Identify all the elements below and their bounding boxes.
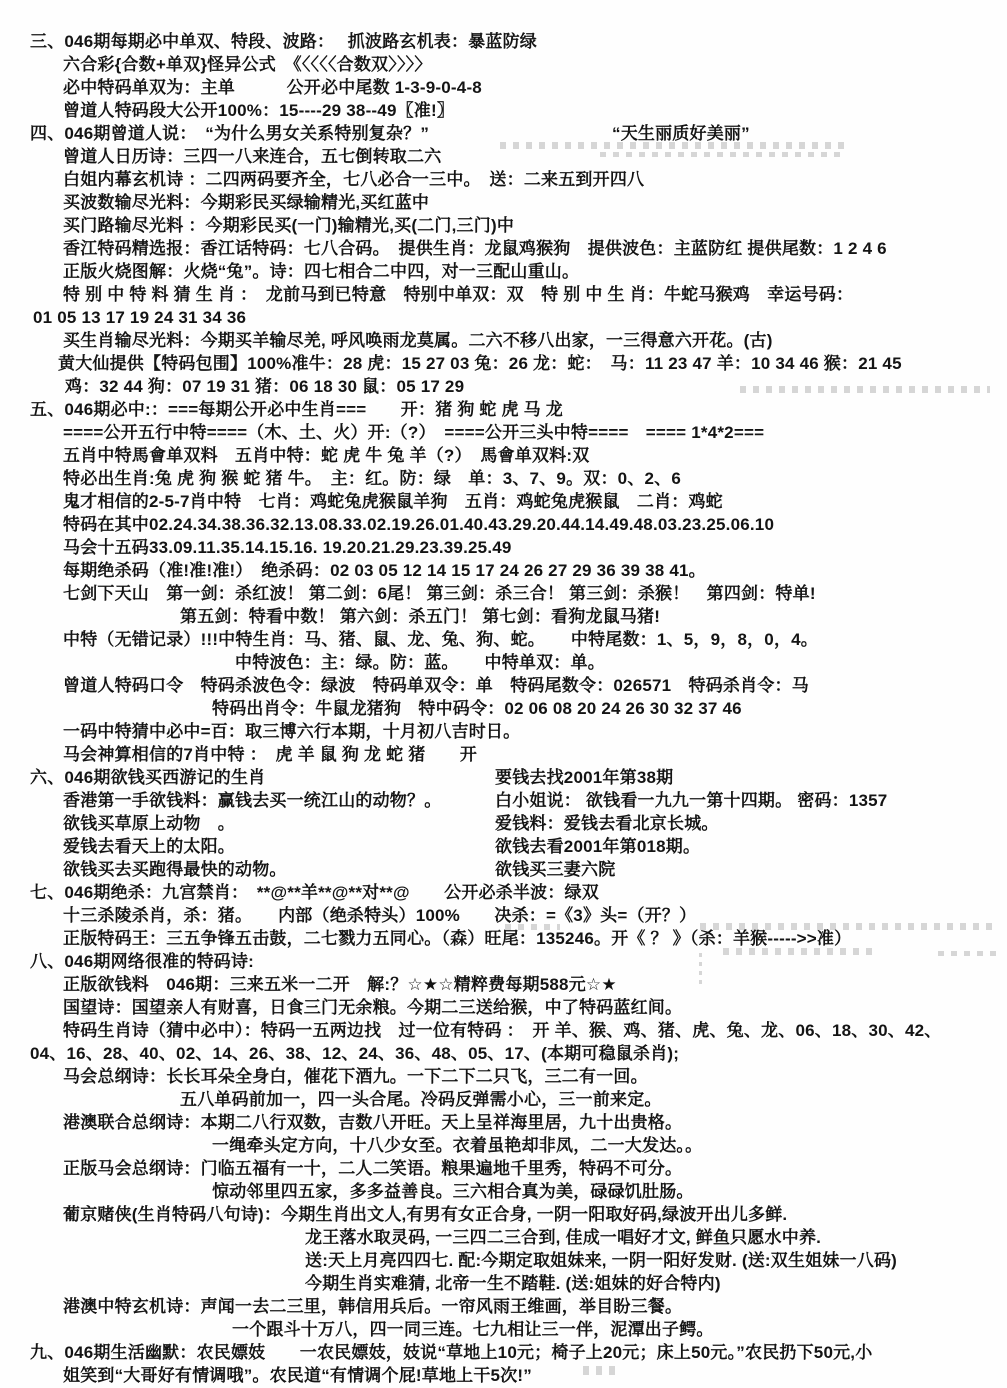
- document-text-body: 三、046期每期必中单双、特段、波路： 抓波路玄机表：暴蓝防绿六合彩{合数+单双…: [0, 30, 1007, 1387]
- text-line: 送:天上月亮四四七. 配:今期定取姐妹来, 一阴一阳好发财. (送:双生姐妹一八…: [0, 1249, 1007, 1272]
- text-line-left: 六合彩{合数+单双}怪异公式 《〈〈〈〈合数双〉〉〉〉: [63, 55, 432, 74]
- text-line: 特码出肖令：牛鼠龙猪狗 特中码令：02 06 08 20 24 26 30 32…: [0, 697, 1007, 720]
- text-line: ====公开五行中特====（木、土、火）开:（?） ====公开三头中特===…: [0, 421, 1007, 444]
- text-line-left: 鬼才相信的2-5-7肖中特 七肖：鸡蛇兔虎猴鼠羊狗 五肖：鸡蛇兔虎猴鼠 二肖：鸡…: [63, 492, 723, 511]
- text-line-left: 买生肖输尽光料：今期买羊输尽羌, 呼风唤雨龙莫属。二六不移八出家，一三得意六开花…: [63, 331, 773, 350]
- section-9: 九、046期生活幽默：农民嫖妓 一农民嫖妓，妓说“草地上10元；椅子上20元；床…: [0, 1341, 1007, 1387]
- text-line-left: 马会神算相信的7肖中特 ： 虎 羊 鼠 狗 龙 蛇 猪 开: [63, 745, 477, 764]
- text-line: 国望诗：国望亲人有财喜，日食三门无余粮。今期二三送给猴，中了特码蓝红间。: [0, 996, 1007, 1019]
- text-line-left: 马会总纲诗：长长耳朵全身白，催花下酒九。一下二下二只飞，三二有一回。: [63, 1067, 648, 1086]
- text-line: 曾道人特码口令 特码杀波色令：绿波 特码单双令：单 特码尾数令：026571 特…: [0, 674, 1007, 697]
- text-line: 必中特码单双为：主单 公开必中尾数 1-3-9-0-4-8: [0, 76, 1007, 99]
- smudge-artifact: [740, 386, 990, 393]
- text-line: 五、046期必中:：===每期公开必中生肖=== 开：猪 狗 蛇 虎 马 龙: [0, 398, 1007, 421]
- text-line: 04、16、28、40、02、14、26、38、12、24、36、48、05、1…: [0, 1042, 1007, 1065]
- text-line: 曾道人特码段大公开100%：15----29 38--49〖准!〗: [0, 99, 1007, 122]
- text-line: 买门路输尽光料 ：今期彩民买(一门)输精光,买(二门,三门)中: [0, 214, 1007, 237]
- text-line: 白姐内幕玄机诗 ：二四两码要齐全，七八必合一三中。 送：二来五到开四八: [0, 168, 1007, 191]
- smudge-artifact: [699, 953, 702, 987]
- text-line-left: 买门路输尽光料 ：今期彩民买(一门)输精光,买(二门,三门)中: [63, 216, 514, 235]
- section-3: 三、046期每期必中单双、特段、波路： 抓波路玄机表：暴蓝防绿六合彩{合数+单双…: [0, 30, 1007, 122]
- text-line: 每期绝杀码（准!准!准!） 绝杀码：02 03 05 12 14 15 17 2…: [0, 559, 1007, 582]
- text-line: 一个跟斗十万八，四一同三连。七九相让三一伴，泥潭出子鳄。: [0, 1318, 1007, 1341]
- text-line-left: 送:天上月亮四四七. 配:今期定取姐妹来, 一阴一阳好发财. (送:双生姐妹一八…: [305, 1251, 897, 1270]
- text-line-left: 一绳牵头定方向，十八少女至。衣着虽艳却非凤，二一大发达。。: [212, 1136, 702, 1155]
- text-line-left: 爱钱去看天上的太阳。: [63, 837, 235, 856]
- text-line: 鬼才相信的2-5-7肖中特 七肖：鸡蛇兔虎猴鼠羊狗 五肖：鸡蛇兔虎猴鼠 二肖：鸡…: [0, 490, 1007, 513]
- text-line: 特 别 中 特 料 猜 生 肖 ： 龙前马到已特意 特别中单双：双 特 别 中 …: [0, 283, 1007, 306]
- text-line-left: 特码在其中02.24.34.38.36.32.13.08.33.02.19.26…: [63, 515, 774, 534]
- smudge-artifact: [583, 1366, 621, 1375]
- text-line-left: 01 05 13 17 19 24 31 34 36: [33, 308, 246, 327]
- text-line-left: 特码生肖诗（猜中必中）：特码一五两边找 过一位有特码 ： 开 羊、猴、鸡、猪、虎…: [63, 1021, 941, 1040]
- text-line-left: 香港第一手欲钱料：赢钱去买一统江山的动物？。: [63, 791, 441, 810]
- text-line-left: 四、046期曾道人说： “为什么男女关系特别复杂？”: [30, 124, 429, 143]
- text-line: 正版火烧图解：火烧“兔”。诗：四七相合二中四，对一三配山重山。: [0, 260, 1007, 283]
- smudge-artifact: [600, 152, 840, 157]
- section-8: 八、046期网络很准的特码诗:正版欲钱料 046期：三来五米一二开 解:？☆★☆…: [0, 950, 1007, 1341]
- text-line-left: 三、046期每期必中单双、特段、波路： 抓波路玄机表：暴蓝防绿: [30, 32, 537, 51]
- text-line: 特码在其中02.24.34.38.36.32.13.08.33.02.19.26…: [0, 513, 1007, 536]
- text-line: 中特（无错记录）!!!中特生肖：马、猪、鼠、龙、兔、狗、蛇。 中特尾数：1、5，…: [0, 628, 1007, 651]
- text-line: 欲钱买去买跑得最快的动物。欲钱买三妻六院: [0, 858, 1007, 881]
- text-line-left: 正版马会总纲诗：门临五福有一十，二人二笑语。粮果遍地千里秀，特码不可分。: [63, 1159, 682, 1178]
- text-line-left: 龙王落水取灵码, 一三四二三合到, 佳成一唱好才文, 鲜鱼只愿水中养.: [305, 1228, 821, 1247]
- text-line-left: 十三杀陵杀肖，杀：猪。 内部（绝杀特头）100% 决杀：=《3》头=（开？）: [63, 906, 696, 925]
- text-line-left: 港澳联合总纲诗：本期二八行双数，吉数八开旺。天上呈祥海里居，九十出贵格。: [63, 1113, 682, 1132]
- section-4: 四、046期曾道人说： “为什么男女关系特别复杂？”“天生丽质好美丽”曾道人日历…: [0, 122, 1007, 398]
- text-line: 马会神算相信的7肖中特 ： 虎 羊 鼠 狗 龙 蛇 猪 开: [0, 743, 1007, 766]
- text-line-left: 特必出生肖:兔 虎 狗 猴 蛇 猪 牛。 主：红。防：绿 单：3、7、9。双：0…: [63, 469, 681, 488]
- text-line: 葡京赌侠(生肖特码八句诗)：今期生肖出文人,有男有女正合身, 一阴一阳取好码,绿…: [0, 1203, 1007, 1226]
- text-line-left: 国望诗：国望亲人有财喜，日食三门无余粮。今期二三送给猴，中了特码蓝红间。: [63, 998, 682, 1017]
- text-line-left: 五八单码前加一，四一头合尾。冷码反弹需小心，三一前来定。: [180, 1090, 662, 1109]
- text-line: 马会总纲诗：长长耳朵全身白，催花下酒九。一下二下二只飞，三二有一回。: [0, 1065, 1007, 1088]
- text-line-left: 04、16、28、40、02、14、26、38、12、24、36、48、05、1…: [30, 1044, 679, 1063]
- text-line: 六、046期欲钱买西游记的生肖要钱去找2001年第38期: [0, 766, 1007, 789]
- text-line-left: 七、046期绝杀：九宫禁肖： **@**羊**@**对**@ 公开必杀半波：绿双: [30, 883, 599, 902]
- text-line-left: 一个跟斗十万八，四一同三连。七九相让三一伴，泥潭出子鳄。: [232, 1320, 714, 1339]
- text-line: 五八单码前加一，四一头合尾。冷码反弹需小心，三一前来定。: [0, 1088, 1007, 1111]
- text-line-left: ====公开五行中特====（木、土、火）开:（?） ====公开三头中特===…: [63, 423, 764, 442]
- text-line: 今期生肖实难猜, 北帝一生不踏鞋. (送:姐妹的好合特内): [0, 1272, 1007, 1295]
- text-line: 龙王落水取灵码, 一三四二三合到, 佳成一唱好才文, 鲜鱼只愿水中养.: [0, 1226, 1007, 1249]
- text-line-left: 买波数输尽光料：今期彩民买绿输精光,买红蓝中: [63, 193, 429, 212]
- text-line: 香江特码精选报：香江话特码：七八合码。 提供生肖：龙鼠鸡猴狗 提供波色：主蓝防红…: [0, 237, 1007, 260]
- text-line-left: 马会十五码33.09.11.35.14.15.16. 19.20.21.29.2…: [63, 538, 512, 557]
- text-line: 一绳牵头定方向，十八少女至。衣着虽艳却非凤，二一大发达。。: [0, 1134, 1007, 1157]
- text-line-left: 姐笑到“大哥好有情调哦”。农民道“有情调个屁!草地上干5次!”: [63, 1366, 532, 1385]
- text-line-left: 正版欲钱料 046期：三来五米一二开 解:？☆★☆精粹费每期588元☆★: [63, 975, 617, 994]
- smudge-artifact: [700, 923, 995, 930]
- text-line-left: 五、046期必中:：===每期公开必中生肖=== 开：猪 狗 蛇 虎 马 龙: [30, 400, 563, 419]
- text-line: 三、046期每期必中单双、特段、波路： 抓波路玄机表：暴蓝防绿: [0, 30, 1007, 53]
- text-line: 正版特码王：三五争锋五击鼓，二七戮力五同心。（森）旺尾：135246。开《 ？ …: [0, 927, 1007, 950]
- text-line-left: 欲钱买草原上动物 。: [63, 814, 235, 833]
- text-line-right-column: 白小姐说： 欲钱看一九九一第十四期。 密码：1357: [495, 789, 887, 812]
- text-line: 七、046期绝杀：九宫禁肖： **@**羊**@**对**@ 公开必杀半波：绿双: [0, 881, 1007, 904]
- text-line-left: 中特波色：主：绿。防：蓝。 中特单双：单。: [235, 653, 605, 672]
- text-line: 港澳联合总纲诗：本期二八行双数，吉数八开旺。天上呈祥海里居，九十出贵格。: [0, 1111, 1007, 1134]
- text-line-left: 白姐内幕玄机诗 ：二四两码要齐全，七八必合一三中。 送：二来五到开四八: [63, 170, 644, 189]
- text-line-left: 九、046期生活幽默：农民嫖妓 一农民嫖妓，妓说“草地上10元；椅子上20元；床…: [30, 1343, 872, 1362]
- text-line: 01 05 13 17 19 24 31 34 36: [0, 306, 1007, 329]
- text-line: 特码生肖诗（猜中必中）：特码一五两边找 过一位有特码 ： 开 羊、猴、鸡、猪、虎…: [0, 1019, 1007, 1042]
- text-line: 九、046期生活幽默：农民嫖妓 一农民嫖妓，妓说“草地上10元；椅子上20元；床…: [0, 1341, 1007, 1364]
- text-line-right-column: 欲钱去看2001年第018期。: [495, 835, 700, 858]
- text-line: 一码中特猜中必中=百：取三博六行本期，十月初八吉时日。: [0, 720, 1007, 743]
- text-line: 港澳中特玄机诗：声闻一去二三里，韩信用兵后。一帘风雨王维画，举目盼三餐。: [0, 1295, 1007, 1318]
- text-line-left: 八、046期网络很准的特码诗:: [30, 952, 254, 971]
- text-line: 六合彩{合数+单双}怪异公式 《〈〈〈〈合数双〉〉〉〉: [0, 53, 1007, 76]
- text-line-left: 一码中特猜中必中=百：取三博六行本期，十月初八吉时日。: [63, 722, 520, 741]
- smudge-artifact: [500, 142, 845, 149]
- text-line-left: 特码出肖令：牛鼠龙猪狗 特中码令：02 06 08 20 24 26 30 32…: [212, 699, 742, 718]
- text-line-left: 每期绝杀码（准!准!准!） 绝杀码：02 03 05 12 14 15 17 2…: [63, 561, 706, 580]
- text-line: 爱钱去看天上的太阳。欲钱去看2001年第018期。: [0, 835, 1007, 858]
- text-line: 买生肖输尽光料：今期买羊输尽羌, 呼风唤雨龙莫属。二六不移八出家，一三得意六开花…: [0, 329, 1007, 352]
- text-line: 五肖中特馬會单双料 五肖中特：蛇 虎 牛 兔 羊（?） 馬會单双料:双: [0, 444, 1007, 467]
- smudge-artifact: [938, 951, 1000, 956]
- text-line: 惊动邻里四五家，多多益善良。三六相合真为美，碌碌饥肚肠。: [0, 1180, 1007, 1203]
- text-line-left: 惊动邻里四五家，多多益善良。三六相合真为美，碌碌饥肚肠。: [212, 1182, 694, 1201]
- text-line: 正版马会总纲诗：门临五福有一十，二人二笑语。粮果遍地千里秀，特码不可分。: [0, 1157, 1007, 1180]
- text-line-left: 七剑下天山 第一剑：杀红波！ 第二剑：6尾！ 第三剑：杀三合！ 第三剑：杀猴！ …: [63, 584, 816, 603]
- text-line: 正版欲钱料 046期：三来五米一二开 解:？☆★☆精粹费每期588元☆★: [0, 973, 1007, 996]
- text-line-left: 中特（无错记录）!!!中特生肖：马、猪、鼠、龙、兔、狗、蛇。 中特尾数：1、5，…: [63, 630, 818, 649]
- text-line-left: 港澳中特玄机诗：声闻一去二三里，韩信用兵后。一帘风雨王维画，举目盼三餐。: [63, 1297, 682, 1316]
- text-line: 马会十五码33.09.11.35.14.15.16. 19.20.21.29.2…: [0, 536, 1007, 559]
- smudge-artifact: [723, 948, 873, 955]
- text-line-right-column: 要钱去找2001年第38期: [495, 766, 673, 789]
- text-line: 香港第一手欲钱料：赢钱去买一统江山的动物？。白小姐说： 欲钱看一九九一第十四期。…: [0, 789, 1007, 812]
- text-line: 特必出生肖:兔 虎 狗 猴 蛇 猪 牛。 主：红。防：绿 单：3、7、9。双：0…: [0, 467, 1007, 490]
- text-line-left: 曾道人特码口令 特码杀波色令：绿波 特码单双令：单 特码尾数令：026571 特…: [63, 676, 809, 695]
- text-line-left: 今期生肖实难猜, 北帝一生不踏鞋. (送:姐妹的好合特内): [305, 1274, 721, 1293]
- text-line: 第五剑：特看中数！ 第六剑：杀五门！ 第七剑：看狗龙鼠马猪!: [0, 605, 1007, 628]
- smudge-artifact: [505, 924, 560, 930]
- text-line-left: 六、046期欲钱买西游记的生肖: [30, 768, 265, 787]
- text-line: 姐笑到“大哥好有情调哦”。农民道“有情调个屁!草地上干5次!”: [0, 1364, 1007, 1387]
- tip-sheet-page: 三、046期每期必中单双、特段、波路： 抓波路玄机表：暴蓝防绿六合彩{合数+单双…: [0, 0, 1007, 1388]
- text-line-right-column: 爱钱料：爱钱去看北京长城。: [495, 812, 719, 835]
- section-6: 六、046期欲钱买西游记的生肖要钱去找2001年第38期香港第一手欲钱料：赢钱去…: [0, 766, 1007, 881]
- text-line: 黄大仙提供【特码包围】100%准牛：28 虎：15 27 03 兔：26 龙：蛇…: [0, 352, 1007, 375]
- text-line-left: 必中特码单双为：主单 公开必中尾数 1-3-9-0-4-8: [63, 78, 482, 97]
- text-line-left: 葡京赌侠(生肖特码八句诗)：今期生肖出文人,有男有女正合身, 一阴一阳取好码,绿…: [63, 1205, 787, 1224]
- text-line-left: 曾道人特码段大公开100%：15----29 38--49〖准!〗: [63, 101, 454, 120]
- text-line-left: 鸡：32 44 狗：07 19 31 猪：06 18 30 鼠：05 17 29: [65, 377, 464, 396]
- text-line-right-column: 欲钱买三妻六院: [495, 858, 615, 881]
- text-line: 买波数输尽光料：今期彩民买绿输精光,买红蓝中: [0, 191, 1007, 214]
- text-line: 七剑下天山 第一剑：杀红波！ 第二剑：6尾！ 第三剑：杀三合！ 第三剑：杀猴！ …: [0, 582, 1007, 605]
- text-line-left: 曾道人日历诗：三四一八来连合，五七倒转取二六: [63, 147, 441, 166]
- text-line-left: 第五剑：特看中数！ 第六剑：杀五门！ 第七剑：看狗龙鼠马猪!: [180, 607, 660, 626]
- section-5: 五、046期必中:：===每期公开必中生肖=== 开：猪 狗 蛇 虎 马 龙==…: [0, 398, 1007, 766]
- text-line: 欲钱买草原上动物 。爱钱料：爱钱去看北京长城。: [0, 812, 1007, 835]
- text-line-left: 香江特码精选报：香江话特码：七八合码。 提供生肖：龙鼠鸡猴狗 提供波色：主蓝防红…: [63, 239, 887, 258]
- text-line-left: 正版特码王：三五争锋五击鼓，二七戮力五同心。（森）旺尾：135246。开《 ？ …: [63, 929, 851, 948]
- text-line-left: 五肖中特馬會单双料 五肖中特：蛇 虎 牛 兔 羊（?） 馬會单双料:双: [63, 446, 589, 465]
- text-line-left: 正版火烧图解：火烧“兔”。诗：四七相合二中四，对一三配山重山。: [63, 262, 579, 281]
- text-line: 中特波色：主：绿。防：蓝。 中特单双：单。: [0, 651, 1007, 674]
- text-line-left: 黄大仙提供【特码包围】100%准牛：28 虎：15 27 03 兔：26 龙：蛇…: [58, 354, 902, 373]
- text-line-left: 特 别 中 特 料 猜 生 肖 ： 龙前马到已特意 特别中单双：双 特 别 中 …: [63, 285, 853, 304]
- text-line-left: 欲钱买去买跑得最快的动物。: [63, 860, 287, 879]
- section-7: 七、046期绝杀：九宫禁肖： **@**羊**@**对**@ 公开必杀半波：绿双…: [0, 881, 1007, 950]
